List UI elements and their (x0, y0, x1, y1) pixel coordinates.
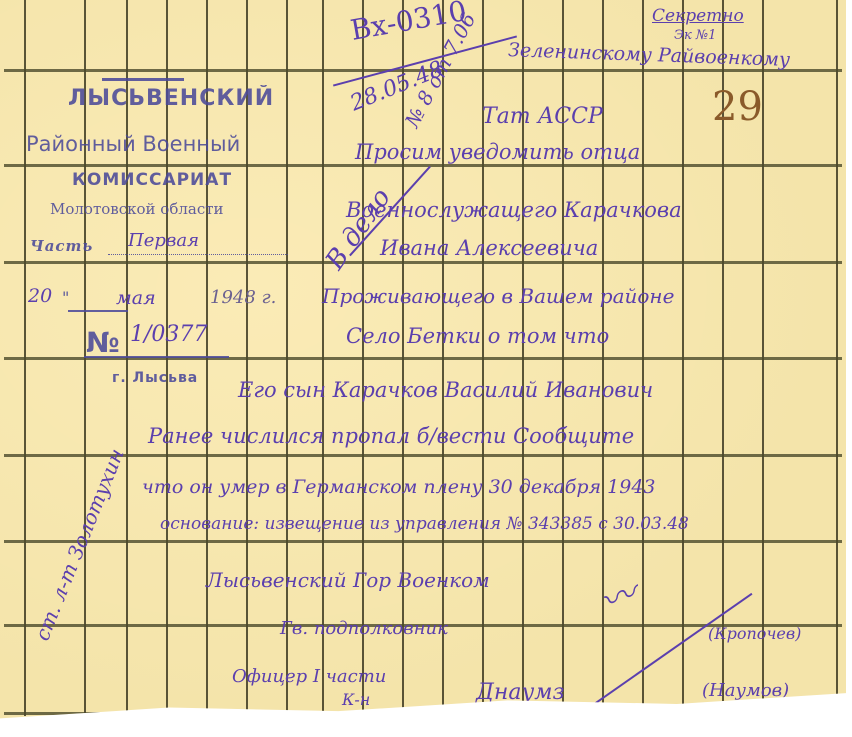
stamp-date-month: мая (116, 287, 156, 309)
body-line-8: что он умер в Германском плену 30 декабр… (142, 476, 656, 498)
body-line-9: основание: извещение из управления № 343… (160, 514, 689, 534)
body-line-2: Военнослужащего Карачкова (346, 198, 682, 222)
document-paper: ЛЫСЬВЕНСКИЙ Районный Военный КОМИССАРИАТ… (0, 0, 846, 722)
stamp-line-1: ЛЫСЬВЕНСКИЙ (68, 86, 274, 111)
signature-1-name: (Кропочев) (708, 624, 801, 643)
secret-sub: Эк №1 (674, 28, 716, 43)
page-number: 29 (712, 84, 763, 130)
addressee: Зеленинскому Райвоенкому (508, 39, 791, 71)
signature-rank-2-sub: К-н (342, 690, 370, 709)
signature-2-mark: Днаумз (476, 680, 565, 705)
body-line-3: Ивана Алексеевича (380, 236, 598, 260)
stamp-part-label: Часть (30, 237, 93, 255)
secret-mark: Секретно (652, 6, 744, 26)
signature-2-name: (Наумов) (702, 680, 789, 701)
body-line-4: Проживающего в Вашем районе (322, 284, 674, 308)
signature-rank-2: Офицер I части (232, 666, 386, 687)
body-line-1: Просим уведомить отца (355, 140, 640, 164)
signature-1-mark: 〰 (592, 565, 643, 625)
side-note: ст. л-т Золотухин (30, 445, 129, 644)
stamp-line-3: КОМИССАРИАТ (72, 170, 232, 190)
body-line-6: Его сын Карачков Василий Иванович (238, 378, 653, 402)
stamp-city: г. Лысьва (112, 370, 198, 386)
stamp-part-value: Первая (128, 230, 199, 251)
stamp-number-label: № (86, 326, 121, 359)
stamp-number-value: 1/0377 (130, 322, 207, 347)
signature-org: Лысьвенский Гор Военком (206, 568, 490, 592)
region: Тат АССР (482, 104, 603, 129)
body-line-7: Ранее числился пропал б/вести Сообщите (148, 424, 634, 448)
stamp-date-year: 1948 г. (210, 287, 276, 308)
stamp-date-day: 20 (28, 285, 52, 307)
stamp-line-2: Районный Военный (26, 132, 240, 156)
stamp-line-4: Молотовской области (50, 200, 224, 218)
signature-rank-1: Гв. подполковник (280, 618, 448, 639)
body-line-5: Село Бетки о том что (346, 324, 609, 348)
